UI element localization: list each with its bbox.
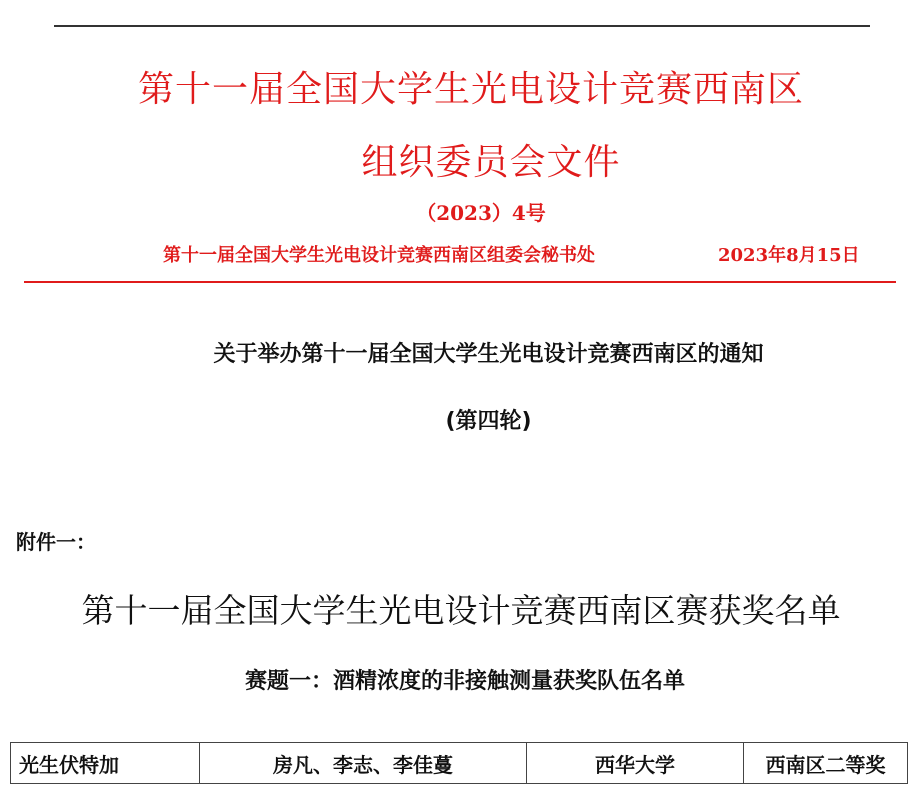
- header-title-line1: 第十一届全国大学生光电设计竞赛西南区: [0, 68, 922, 112]
- team-name-cell: 光生伏特加: [11, 743, 200, 784]
- header-title-line2: 组织委员会文件: [0, 141, 922, 185]
- issuer-office: 第十一届全国大学生光电设计竞赛西南区组委会秘书处: [163, 244, 595, 268]
- topic-title: 赛题一：酒精浓度的非接触测量获奖队伍名单: [0, 667, 922, 697]
- award-table: 光生伏特加 房凡、李志、李佳蔓 西华大学 西南区二等奖: [10, 742, 908, 784]
- notice-title: 关于举办第十一届全国大学生光电设计竞赛西南区的通知: [0, 340, 922, 370]
- award-cell: 西南区二等奖: [744, 743, 908, 784]
- attachment-label: 附件一：: [16, 528, 96, 556]
- award-list-title: 第十一届全国大学生光电设计竞赛西南区赛获奖名单: [0, 589, 922, 633]
- members-cell: 房凡、李志、李佳蔓: [200, 743, 527, 784]
- red-divider: [24, 281, 896, 283]
- notice-round: (第四轮): [0, 407, 922, 437]
- top-rule: [54, 25, 870, 27]
- school-cell: 西华大学: [527, 743, 744, 784]
- table-row: 光生伏特加 房凡、李志、李佳蔓 西华大学 西南区二等奖: [11, 743, 908, 784]
- document-number: （2023）4号: [0, 200, 922, 226]
- issue-date: 2023年8月15日: [718, 244, 860, 268]
